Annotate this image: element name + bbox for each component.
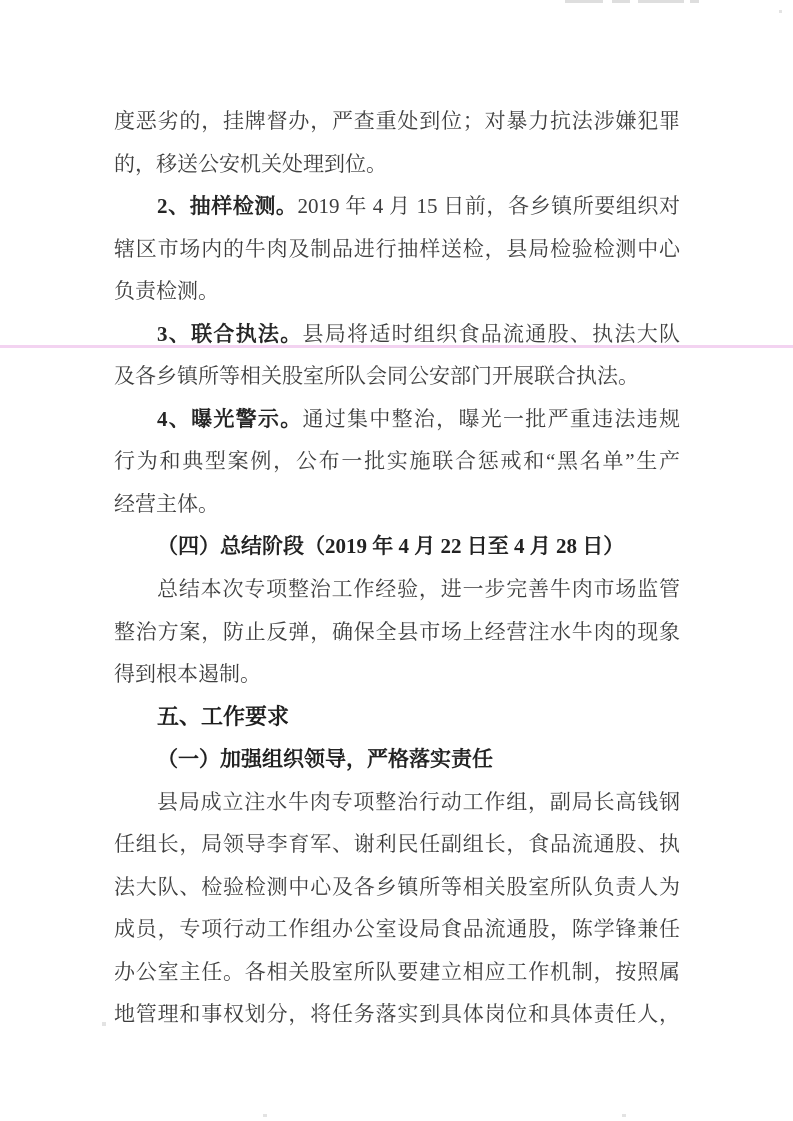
- doc-line-4: 辖区市场内的牛肉及制品进行抽样送检，县局检验检测中心: [114, 228, 680, 271]
- line-text: 县局将适时组织食品流通股、执法大队: [302, 322, 680, 346]
- doc-line-19: 法大队、检验检测中心及各乡镇所等相关股室所队负责人为: [114, 866, 680, 909]
- heading-text: 五、工作要求: [157, 704, 289, 729]
- doc-line-18: 任组长，局领导李育军、谢利民任副组长，食品流通股、执: [114, 823, 680, 866]
- line-text: 办公室主任。各相关股室所队要建立相应工作机制，按照属: [114, 960, 680, 984]
- line-lead-bold: 2、抽样检测。: [157, 194, 298, 218]
- line-text: 县局成立注水牛肉专项整治行动工作组，副局长高钱钢: [157, 790, 680, 814]
- line-lead-bold: 3、联合执法。: [157, 322, 302, 346]
- line-text: 经营主体。: [114, 492, 219, 516]
- doc-line-3: 2、抽样检测。2019 年 4 月 15 日前，各乡镇所要组织对: [114, 185, 680, 228]
- scan-artifact-speck: [779, 10, 782, 13]
- doc-line-12: 总结本次专项整治工作经验，进一步完善牛肉市场监管: [114, 568, 680, 611]
- line-lead-bold: 4、曝光警示。: [157, 407, 302, 431]
- doc-line-8: 4、曝光警示。通过集中整治，曝光一批严重违法违规: [114, 398, 680, 441]
- line-text: 行为和典型案例，公布一批实施联合惩戒和“黑名单”生产: [114, 449, 680, 473]
- scan-artifact-speck: [263, 1114, 267, 1117]
- doc-heading-stage4: （四）总结阶段（2019 年 4 月 22 日至 4 月 28 日）: [114, 525, 680, 568]
- scan-artifact-speck: [102, 1022, 106, 1026]
- doc-line-22: 地管理和事权划分，将任务落实到具体岗位和具体责任人，: [114, 993, 680, 1036]
- line-text: 度恶劣的，挂牌督办，严查重处到位；对暴力抗法涉嫌犯罪: [114, 109, 680, 133]
- scan-artifact-top-dash: [638, 0, 684, 3]
- doc-line-14: 得到根本遏制。: [114, 653, 680, 696]
- doc-line-21: 办公室主任。各相关股室所队要建立相应工作机制，按照属: [114, 951, 680, 994]
- line-text: 总结本次专项整治工作经验，进一步完善牛肉市场监管: [157, 577, 680, 601]
- line-text: 的，移送公安机关处理到位。: [114, 152, 387, 176]
- line-text: 成员，专项行动工作组办公室设局食品流通股，陈学锋兼任: [114, 917, 680, 941]
- line-text: 辖区市场内的牛肉及制品进行抽样送检，县局检验检测中心: [114, 237, 680, 261]
- line-text: 整治方案，防止反弹，确保全县市场上经营注水牛肉的现象: [114, 620, 680, 644]
- line-text: 负责检测。: [114, 279, 219, 303]
- doc-line-10: 经营主体。: [114, 483, 680, 526]
- doc-heading-section5: 五、工作要求: [114, 696, 680, 739]
- doc-line-5: 负责检测。: [114, 270, 680, 313]
- line-text: 任组长，局领导李育军、谢利民任副组长，食品流通股、执: [114, 832, 680, 856]
- doc-heading-sub1: （一）加强组织领导，严格落实责任: [114, 738, 680, 781]
- doc-line-13: 整治方案，防止反弹，确保全县市场上经营注水牛肉的现象: [114, 611, 680, 654]
- line-text: 及各乡镇所等相关股室所队会同公安部门开展联合执法。: [114, 364, 639, 388]
- line-text: 2019 年 4 月 15 日前，各乡镇所要组织对: [298, 194, 681, 218]
- doc-line-6: 3、联合执法。县局将适时组织食品流通股、执法大队: [114, 313, 680, 356]
- line-text: 通过集中整治，曝光一批严重违法违规: [302, 407, 680, 431]
- doc-line-7: 及各乡镇所等相关股室所队会同公安部门开展联合执法。: [114, 355, 680, 398]
- doc-line-9: 行为和典型案例，公布一批实施联合惩戒和“黑名单”生产: [114, 440, 680, 483]
- line-text: 法大队、检验检测中心及各乡镇所等相关股室所队负责人为: [114, 875, 680, 899]
- doc-line-20: 成员，专项行动工作组办公室设局食品流通股，陈学锋兼任: [114, 908, 680, 951]
- doc-line-2: 的，移送公安机关处理到位。: [114, 143, 680, 186]
- scan-artifact-top-dash: [690, 0, 699, 3]
- line-text: 得到根本遏制。: [114, 662, 261, 686]
- scan-artifact-top-dash: [565, 0, 603, 3]
- heading-text: （一）加强组织领导，严格落实责任: [157, 747, 493, 771]
- document-body-text: 度恶劣的，挂牌督办，严查重处到位；对暴力抗法涉嫌犯罪 的，移送公安机关处理到位。…: [114, 100, 680, 1036]
- scan-artifact-speck: [622, 1114, 626, 1117]
- scan-artifact-top-dash: [612, 0, 630, 3]
- scanned-document-page: 度恶劣的，挂牌督办，严查重处到位；对暴力抗法涉嫌犯罪 的，移送公安机关处理到位。…: [0, 0, 793, 1121]
- doc-line-17: 县局成立注水牛肉专项整治行动工作组，副局长高钱钢: [114, 781, 680, 824]
- doc-line-1: 度恶劣的，挂牌督办，严查重处到位；对暴力抗法涉嫌犯罪: [114, 100, 680, 143]
- heading-text: （四）总结阶段（2019 年 4 月 22 日至 4 月 28 日）: [157, 534, 624, 558]
- line-text: 地管理和事权划分，将任务落实到具体岗位和具体责任人，: [114, 1002, 680, 1026]
